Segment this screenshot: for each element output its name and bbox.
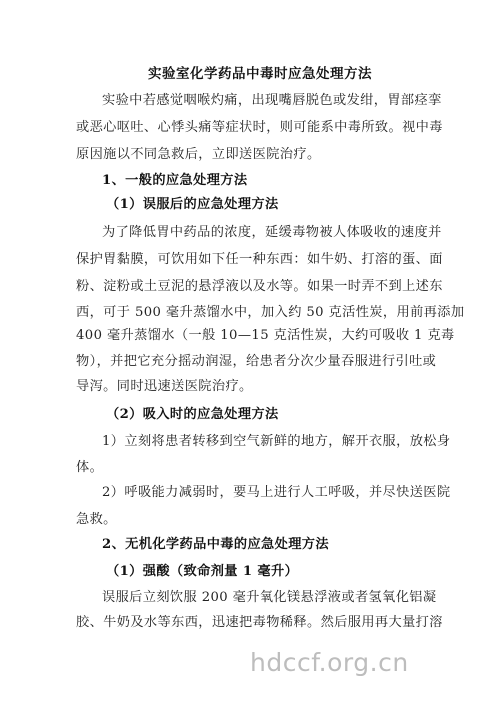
section-heading-2: 2、无机化学药品中毒的应急处理方法 [102,536,442,554]
paragraph-line: 导泻。同时迅速送医院治疗。 [76,378,416,396]
paragraph-line: 原因施以不同急救后，立即送医院治疗。 [76,146,416,164]
paragraph-line: 体。 [76,459,416,477]
paragraph-line: 西，可于 500 毫升蒸馏水中，加入约 50 克活性炭，用前再添加 [76,304,416,322]
paragraph-line: 物），并把它充分摇动润湿，给患者分次少量吞服进行引吐或 [76,353,416,371]
watermark: hdccf.org.cn [250,648,409,677]
paragraph-line: 1）立刻将患者转移到空气新鲜的地方，解开衣服，放松身 [102,433,442,451]
document-page: 实验室化学药品中毒时应急处理方法 实验中若感觉咽喉灼痛，出现嘴唇脱色或发绀，胃部… [0,0,500,707]
subsection-heading-2-1: （1）强酸（致命剂量 1 毫升） [106,563,446,581]
paragraph-line: 2）呼吸能力减弱时，要马上进行人工呼吸，并尽快送医院 [102,484,442,502]
paragraph-line: 400 毫升蒸馏水（一般 10—15 克活性炭，大约可吸收 1 克毒 [76,327,416,345]
subsection-heading-1-2: （2）吸入时的应急处理方法 [106,406,446,424]
subsection-heading-1-1: （1）误服后的应急处理方法 [106,196,446,214]
document-title: 实验室化学药品中毒时应急处理方法 [0,65,500,83]
paragraph-line: 胶、牛奶及水等东西，迅速把毒物稀释。然后服用再大量打溶 [76,614,416,632]
paragraph-line: 粉、淀粉或土豆泥的悬浮液以及水等。如果一时弄不到上述东 [76,278,416,296]
paragraph-line: 误服后立刻饮服 200 毫升氧化镁悬浮液或者氢氧化铝凝 [102,589,442,607]
paragraph-line: 实验中若感觉咽喉灼痛，出现嘴唇脱色或发绀，胃部痉挛 [102,92,442,110]
paragraph-line: 为了降低胃中药品的浓度，延缓毒物被人体吸收的速度并 [102,224,442,242]
paragraph-line: 保护胃黏膜，可饮用如下任一种东西：如牛奶、打溶的蛋、面 [76,251,416,269]
section-heading-1: 1、一般的应急处理方法 [102,172,442,190]
paragraph-line: 急救。 [76,511,416,529]
paragraph-line: 或恶心呕吐、心悸头痛等症状时，则可能系中毒所致。视中毒 [76,119,416,137]
